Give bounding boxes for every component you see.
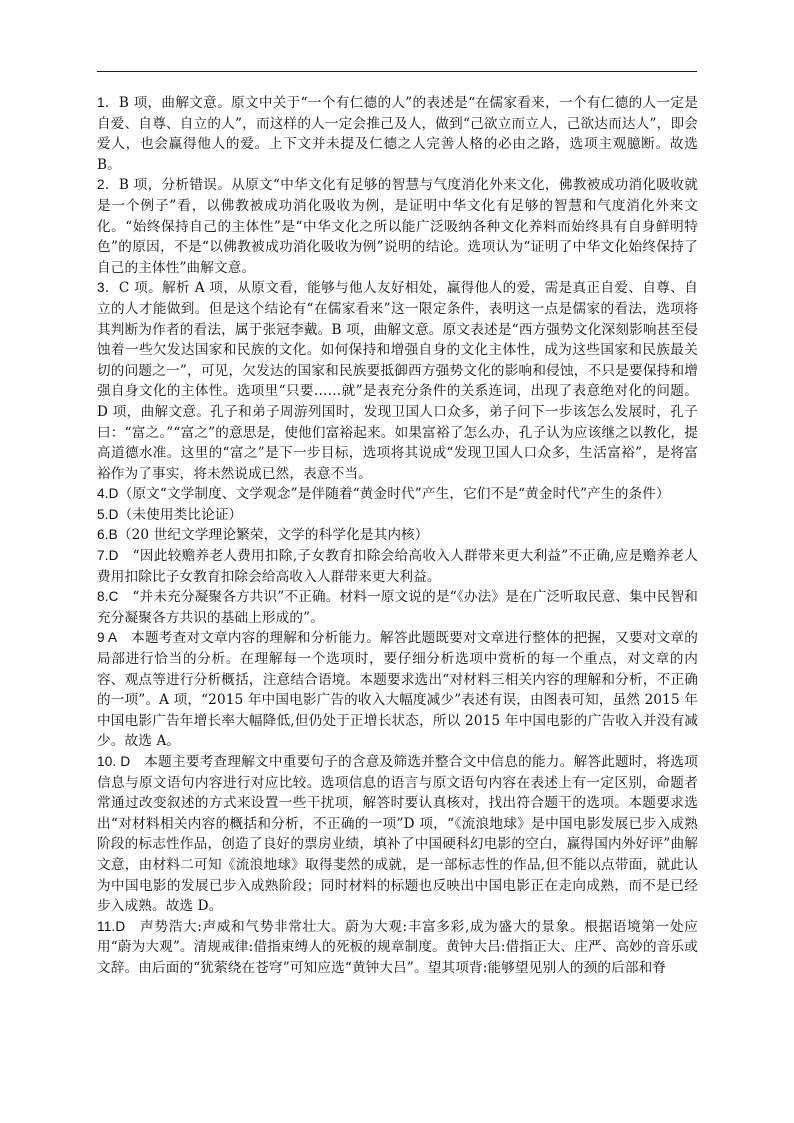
answer-text: （20 世纪文学理论繁荣，文学的科学化是其内核） [118, 527, 429, 543]
answer-text: 本题主要考查理解文中重要句子的含意及筛选并整合文中信息的能力。解答此题时，将选项… [97, 754, 698, 914]
answer-number: 9 A [97, 630, 117, 645]
answer-4: 4.D（原文“文学制度、文学观念”是伴随着“黄金时代”产生，它们不是“黄金时代”… [97, 484, 698, 505]
answer-number: 5.D [97, 507, 119, 522]
answer-text: （未使用类比论证） [119, 507, 243, 523]
answer-list: 1．B 项，曲解文意。原文中关于“一个有仁德的人”的表述是“在儒家看来，一个有仁… [97, 93, 698, 979]
answer-2: 2．B 项，分析错误。从原文“中华文化有足够的智慧与气度消化外来文化，佛教被成功… [97, 175, 698, 278]
answer-number: 7.D [97, 548, 119, 563]
answer-text: “因此较赡养老人费用扣除,子女教育扣除会给高收入人群带来更大利益”不正确,应是赡… [97, 548, 698, 585]
answer-text: “并未充分凝聚各方共识”不正确。材料一原文说的是“《办法》是在广泛听取民意、集中… [97, 589, 698, 626]
document-page: 1．B 项，曲解文意。原文中关于“一个有仁德的人”的表述是“在儒家看来，一个有仁… [0, 0, 794, 1123]
header-rule [97, 71, 697, 72]
answer-number: 2． [97, 177, 119, 192]
answer-10: 10. D 本题主要考查理解文中重要句子的含意及筛选并整合文中信息的能力。解答此… [97, 752, 698, 917]
answer-number: 1． [97, 95, 119, 110]
answer-9: 9 A 本题考查对文章内容的理解和分析能力。解答此题既要对文章进行整体的把握，又… [97, 628, 698, 752]
answer-text: B 项，曲解文意。原文中关于“一个有仁德的人”的表述是“在儒家看来，一个有仁德的… [97, 95, 698, 173]
answer-number: 4.D [97, 486, 119, 501]
answer-1: 1．B 项，曲解文意。原文中关于“一个有仁德的人”的表述是“在儒家看来，一个有仁… [97, 93, 698, 175]
answer-text: 本题考查对文章内容的理解和分析能力。解答此题既要对文章进行整体的把握，又要对文章… [97, 630, 698, 749]
answer-6: 6.B（20 世纪文学理论繁荣，文学的科学化是其内核） [97, 525, 698, 546]
answer-text: C 项。解析 A 项，从原文看，能够与他人友好相处，赢得他人的爱，需是真正自爱、… [97, 280, 698, 481]
answer-7: 7.D “因此较赡养老人费用扣除,子女教育扣除会给高收入人群带来更大利益”不正确… [97, 546, 698, 587]
answer-text: 声势浩大:声威和气势非常壮大。蔚为大观:丰富多彩,成为盛大的景象。根据语境第一处… [97, 919, 698, 976]
answer-8: 8.C “并未充分凝聚各方共识”不正确。材料一原文说的是“《办法》是在广泛听取民… [97, 587, 698, 628]
answer-text: B 项，分析错误。从原文“中华文化有足够的智慧与气度消化外来文化，佛教被成功消化… [97, 177, 698, 275]
answer-text: （原文“文学制度、文学观念”是伴随着“黄金时代”产生，它们不是“黄金时代”产生的… [119, 486, 670, 502]
answer-number: 3． [97, 280, 119, 295]
answer-3: 3．C 项。解析 A 项，从原文看，能够与他人友好相处，赢得他人的爱，需是真正自… [97, 278, 698, 484]
answer-number: 10. D [97, 754, 130, 769]
answer-11: 11.D 声势浩大:声威和气势非常壮大。蔚为大观:丰富多彩,成为盛大的景象。根据… [97, 917, 698, 979]
answer-number: 6.B [97, 527, 118, 542]
answer-number: 8.C [97, 589, 119, 604]
answer-5: 5.D（未使用类比论证） [97, 505, 698, 526]
answer-number: 11.D [97, 919, 125, 934]
